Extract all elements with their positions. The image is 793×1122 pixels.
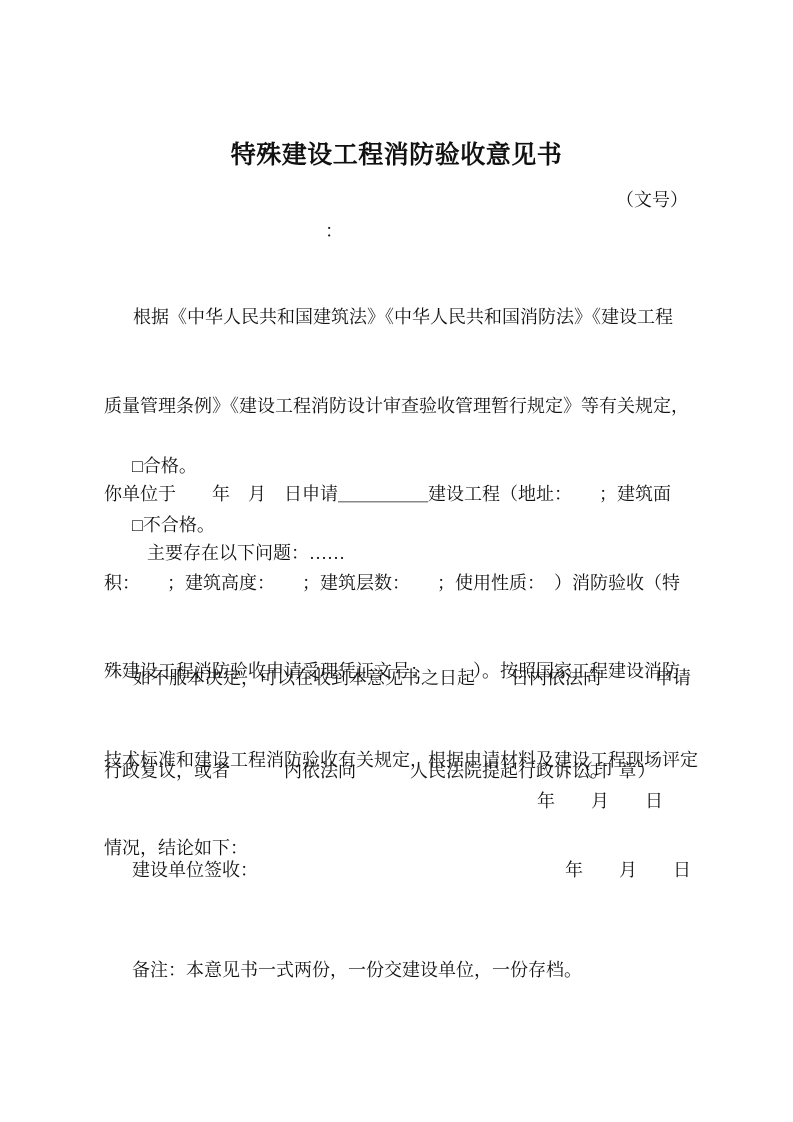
body-line: 你单位于 年 月 日申请＿＿＿＿＿建设工程（地址： ；建筑面 (104, 480, 724, 510)
fail-note: 主要存在以下问题：…… (147, 542, 345, 564)
body-line: 根据《中华人民共和国建筑法》《中华人民共和国消防法》《建设工程 (104, 303, 724, 333)
doc-number-placeholder: （文号） (616, 189, 688, 211)
page-title: 特殊建设工程消防验收意见书 (0, 145, 793, 167)
seal-date-line: 年 月 日 (537, 790, 663, 812)
appeal-line: 如不服本决定，可以在收到本意见书之日起 日内依法向 申请 (104, 663, 724, 694)
addressee-colon: ： (325, 220, 343, 242)
body-line: 质量管理条例》《建设工程消防设计审查验收管理暂行规定》等有关规定， (104, 392, 724, 422)
body-line: 积： ；建筑高度： ；建筑层数： ；使用性质： ）消防验收（特 (104, 569, 724, 599)
fail-option: □不合格。 (132, 514, 215, 536)
seal-placeholder: （印 章） (575, 760, 657, 782)
sign-date-line: 年 月 日 (565, 859, 691, 881)
pass-option: □合格。 (132, 455, 197, 477)
document-page: 特殊建设工程消防验收意见书 （文号） ： 根据《中华人民共和国建筑法》《中华人民… (0, 0, 793, 1122)
pass-option-label: 合格。 (143, 456, 197, 476)
remark-line: 备注：本意见书一式两份，一份交建设单位，一份存档。 (132, 959, 582, 981)
construction-unit-sign-label: 建设单位签收： (132, 859, 258, 881)
fail-option-label: 不合格。 (143, 515, 215, 535)
checkbox-pass-icon: □ (132, 456, 143, 476)
checkbox-fail-icon: □ (132, 515, 143, 535)
